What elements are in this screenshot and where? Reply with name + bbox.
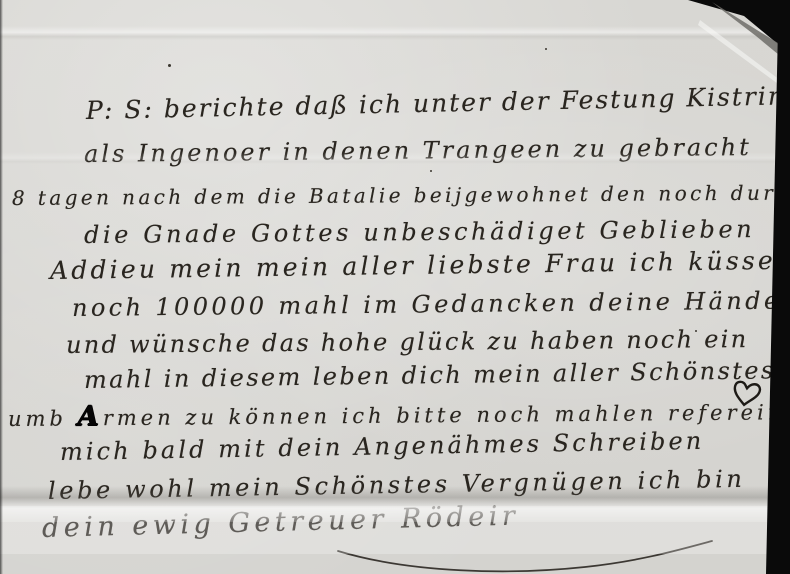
handwriting-line: mahl in diesem leben dich mein aller Sch… [84,356,776,394]
ink-speck [545,48,547,50]
paper-crease [0,152,790,164]
handwriting-line: 8 tagen nach dem die Batalie beijgewohne… [12,180,790,210]
line-post-text: rmen zu können ich bitte noch mahlen ref… [103,400,782,430]
paper-fold-highlight [0,506,778,554]
handwriting-line: die Gnade Gottes unbeschädiget Geblieben [84,215,755,249]
ink-speck [695,330,697,332]
ink-speck [430,170,432,172]
handwriting-line: und wünsche das hohe glück zu haben noch… [66,325,749,359]
handwriting-line: noch 100000 mahl im Gedancken deine Händ… [72,287,782,322]
handwriting-line: mich bald mit dein Angenähmes Schreiben [60,427,705,466]
heart-icon [727,375,764,412]
handwriting-line: P: S: berichte daß ich unter der Festung… [86,81,787,125]
scan-left-border [0,0,3,574]
paper-crease [0,26,790,40]
letter-scan: P: S: berichte daß ich unter der Festung… [0,0,790,574]
line-pre-text: umb [8,406,78,431]
ink-blot-letter: A [77,400,102,432]
ink-speck [168,64,171,67]
handwriting-line: Addieu mein mein aller liebste Frau ich … [50,246,776,285]
